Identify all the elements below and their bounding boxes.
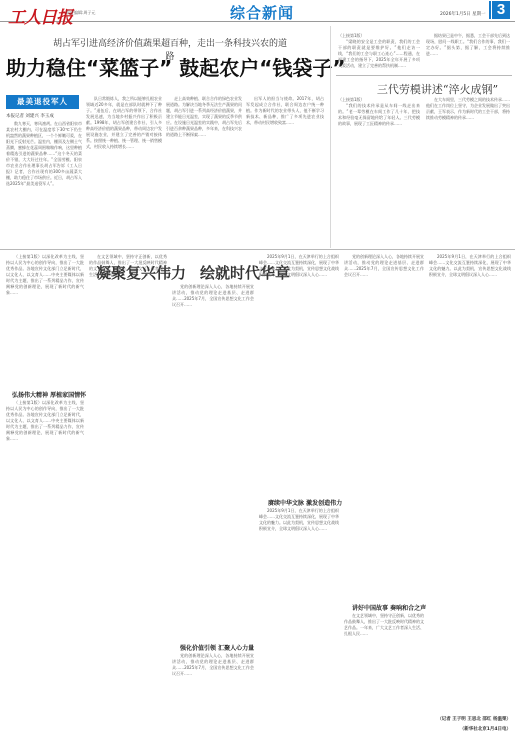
subhead-1: 弘扬伟大精神 厚植家国情怀	[12, 390, 86, 399]
page-number: 3	[492, 1, 510, 19]
paragraph: 在文艺领域中，坚持守正创新，以优秀的作品鼓舞人，推出了一大批反映时代精神的文艺作…	[89, 254, 167, 278]
paragraph: 2025年9月1日，在天津举行的上合组织峰会……文化交流互鉴持续深化，展现了中华…	[429, 254, 511, 278]
feature-col3: 党的创新理论深入人心，各地持续开展宣讲活动，推动党的理论走进基层、走进群众……2…	[172, 284, 254, 642]
byline: 本报记者 刘建兴 李玉成	[6, 113, 54, 119]
paragraph: 党的创新理论深入人心，各地持续开展宣讲活动，推动党的理论走进基层、走进群众……2…	[172, 284, 254, 308]
paragraph: 据结果已是中午，据悉，工会干部先后到达现场，慰问一线职工。“我们合作的事，我们一…	[426, 33, 510, 57]
section-title: 综合新闻	[230, 2, 294, 23]
paragraph: 党的创新理论深入人心，各地持续开展宣讲活动，推动党的理论走进基层、走进群众……2…	[172, 653, 254, 677]
editor-credit: 责任编辑:周子元	[66, 10, 95, 16]
paragraph: （上接第1版）以深化改革为主线，坚持以人民为中心的创作导向，推出了一大批优秀作品…	[6, 400, 84, 442]
feature-col2: 在文艺领域中，坚持守正创新，以优秀的作品鼓舞人，推出了一大批反映时代精神的文艺作…	[89, 254, 167, 745]
lead-body-col3: 走上高效种植、联合合作的绿色农业发展道路。为解决当地冬季无法生产蔬果的问题，胡占…	[166, 96, 242, 246]
feature-col4-cont: 2025年9月1日，在天津举行的上合组织峰会……文化交流互鉴持续深化，展现了中华…	[259, 508, 339, 745]
paragraph: 在文艺领域中，坚持守正创新，以优秀的作品鼓舞人，推出了一大批反映时代精神的文艺作…	[344, 613, 424, 637]
column-divider	[330, 26, 331, 248]
right-top-col2: 据结果已是中午，据悉，工会干部先后到达现场，慰问一线职工。“我们合作的事，我们一…	[426, 33, 510, 73]
agency-credit: （新华社北京1月4日电）	[400, 726, 511, 732]
paragraph: “梁晓的安全是工会的职责，我们的工会干部的职责就是要维护好。”他们走访一线，“我…	[338, 39, 420, 69]
article-divider	[336, 75, 512, 76]
paragraph: 数九寒天，寒风凛冽。在山西省阳泉市某农村大棚内，可在温度零下30℃下仍生机盎然的…	[6, 121, 82, 187]
lead-body-col2: 队日常锻炼人，我之所以能够扎根农业领域近20多年，就是在部队时就种下了种子。”退…	[86, 96, 162, 246]
lead-headline: 助力稳住“菜篮子” 鼓起农户“钱袋子”	[6, 52, 326, 81]
feature-col3-cont: 党的创新理论深入人心，各地持续开展宣讲活动，推动党的理论走进基层、走进群众……2…	[172, 653, 254, 745]
paragraph: 2025年9月1日，在天津举行的上合组织峰会……文化交流互鉴持续深化，展现了中华…	[259, 254, 339, 278]
paragraph: 党的创新理论深入人心，各地持续开展宣讲活动，推动党的理论走进基层、走进群众……2…	[344, 254, 424, 278]
feature-col1-cont: （上接第1版）以深化改革为主线，坚持以人民为中心的创作导向，推出了一大批优秀作品…	[6, 400, 84, 745]
right-mid-col1: （上接第1版） “我们的技术传承是从车间一线走出来的。”老一辈劳模在车间工作了几…	[338, 97, 420, 241]
feature-col1: （上接第1版）以深化改革为主线，坚持以人民为中心的创作导向，推出了一大批优秀作品…	[6, 254, 84, 384]
feature-col5: 党的创新理论深入人心，各地持续开展宣讲活动，推动党的理论走进基层、走进群众……2…	[344, 254, 424, 600]
lead-body-col1: 数九寒天，寒风凛冽。在山西省阳泉市某农村大棚内，可在温度零下30℃下仍生机盎然的…	[6, 121, 82, 246]
right-top-col1: （上接第1版） “梁晓的安全是工会的职责，我们的工会干部的职责就是要维护好。”他…	[338, 33, 420, 73]
paragraph: 2025年9月1日，在天津举行的上合组织峰会……文化交流互鉴持续深化，展现了中华…	[259, 508, 339, 532]
issue-date: 2026年1月5日 星期一	[440, 11, 486, 17]
column-badge: 最美退役军人	[6, 95, 79, 109]
labor-model-title: 三代劳模讲述“淬火成钢”	[360, 81, 515, 97]
reporter-credit: （记者 王子明 王思北 邵红 杨温栗）	[400, 716, 511, 722]
paragraph: 出军人的担当与使命。2017年，胡占军发起成立合作社，联合周边农户统一种植。作为…	[246, 96, 324, 126]
subhead-4: 讲好中国故事 奏响和合之声	[352, 603, 426, 612]
paragraph: “我们的技术传承是从车间一线走出来的。”老一辈劳模在车间工作了几十年，把技术和经…	[338, 103, 420, 127]
feature-col6: 2025年9月1日，在天津举行的上合组织峰会……文化交流互鉴持续深化，展现了中华…	[429, 254, 511, 712]
paragraph: 走上高效种植、联合合作的绿色农业发展道路。为解决当地冬季无法生产蔬果的问题，胡占…	[166, 96, 242, 138]
paragraph: （上接第1版）以深化改革为主线，坚持以人民为中心的创作导向，推出了一大批优秀作品…	[6, 254, 84, 296]
paragraph: 在大车间里，三代劳模之间的技术传承……他们在工作岗位上坚守，为企业发展做出了突出…	[426, 97, 510, 121]
feature-col4: 2025年9月1日，在天津举行的上合组织峰会……文化交流互鉴持续深化，展现了中华…	[259, 254, 339, 494]
paragraph: 队日常锻炼人，我之所以能够扎根农业领域近20多年，就是在部队时就种下了种子。”退…	[86, 96, 162, 150]
lead-body-col4: 出军人的担当与使命。2017年，胡占军发起成立合作社，联合周边农户统一种植。作为…	[246, 96, 324, 246]
section-divider	[0, 249, 515, 250]
right-mid-col2: 在大车间里，三代劳模之间的技术传承……他们在工作岗位上坚守，为企业发展做出了突出…	[426, 97, 510, 241]
masthead: 工人日报 责任编辑:周子元 综合新闻 2026年1月5日 星期一 3	[0, 0, 515, 22]
newspaper-logo: 工人日报	[8, 3, 72, 28]
subhead-2: 强化价值引领 汇聚人心力量	[180, 643, 254, 652]
subhead-3: 赓续中华文脉 激发创造伟力	[268, 498, 342, 507]
